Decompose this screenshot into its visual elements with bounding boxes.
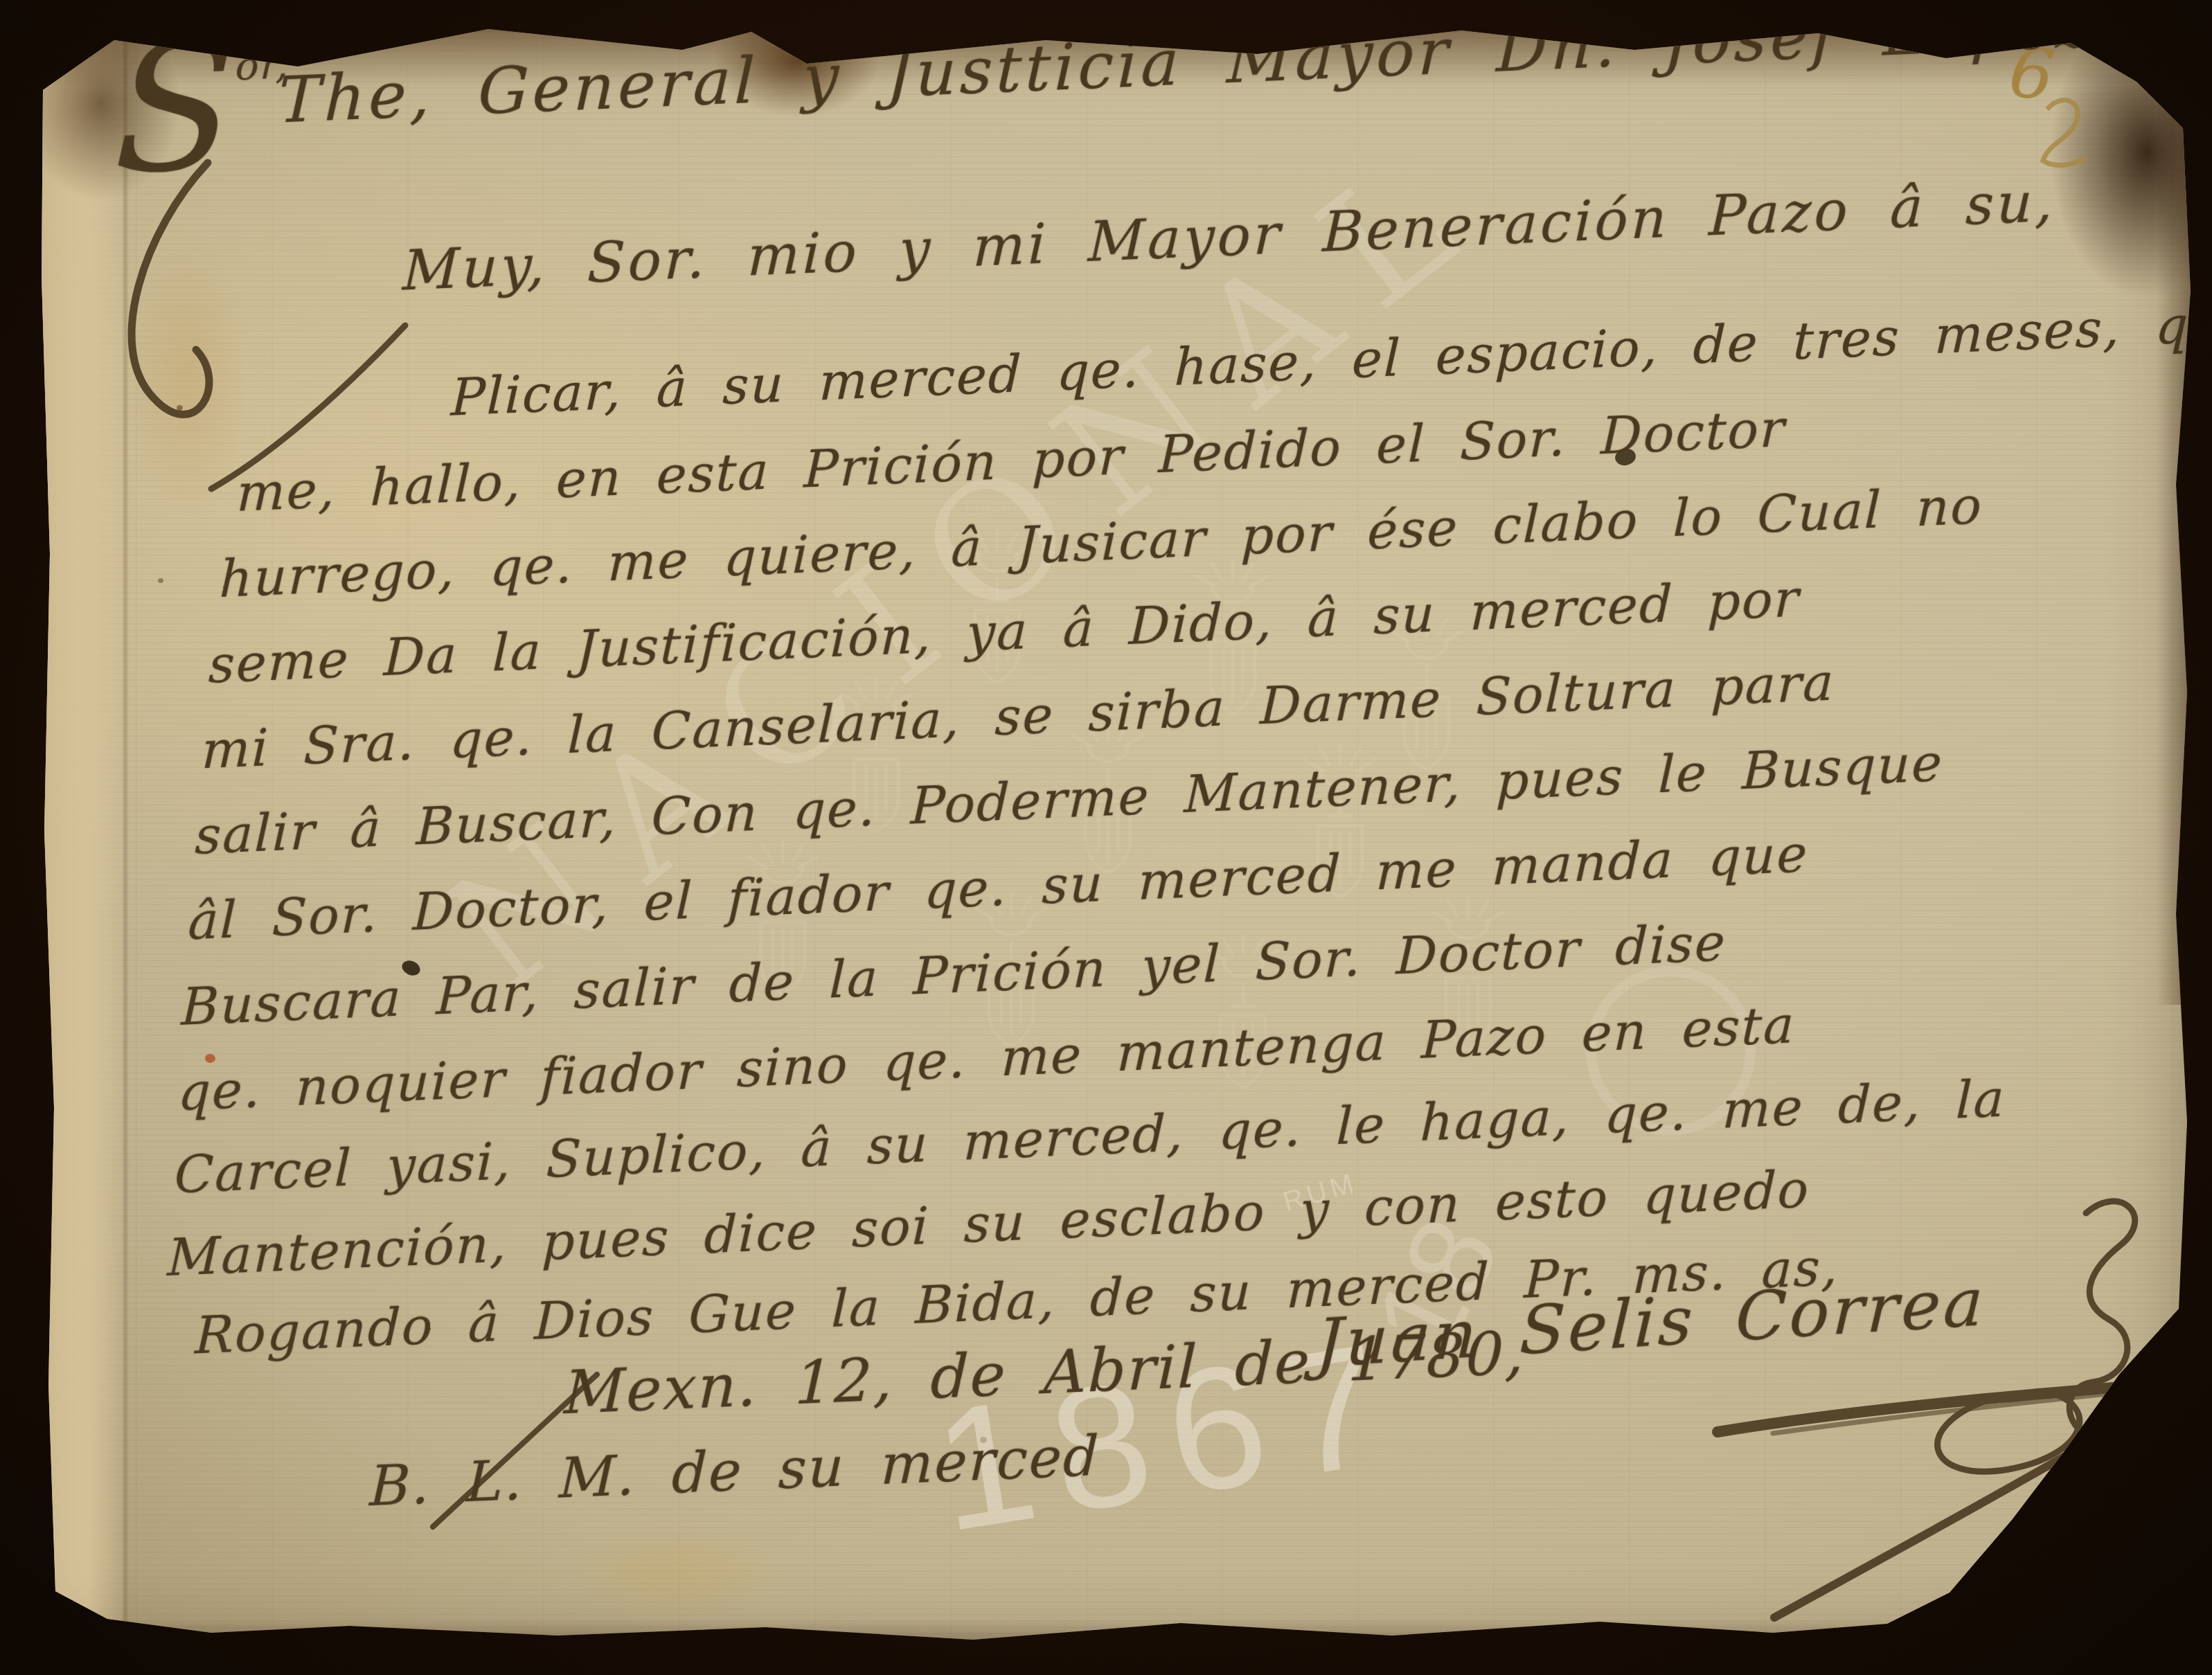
photo-vignette xyxy=(0,0,2212,1675)
scanned-document-photo: NACIONAL 1867 18 RUM xyxy=(0,0,2212,1675)
manuscript-page: NACIONAL 1867 18 RUM xyxy=(0,0,2212,1675)
